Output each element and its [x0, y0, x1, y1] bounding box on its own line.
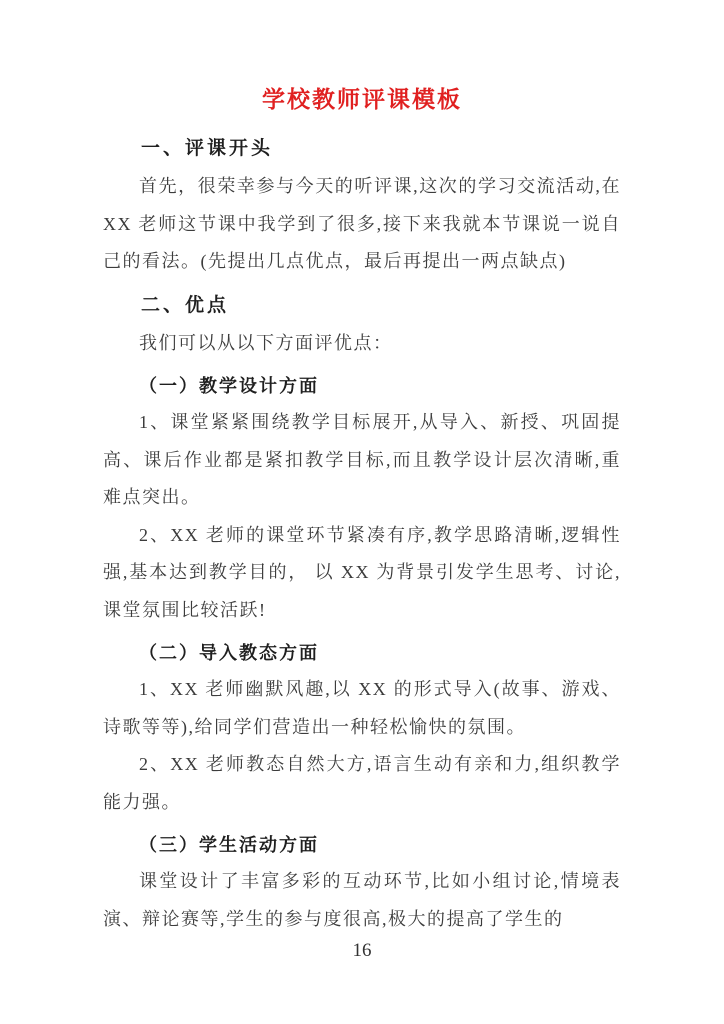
paragraph-teaching-design-2: 2、XX 老师的课堂环节紧凑有序,教学思路清晰,逻辑性强,基本达到教学目的， 以…: [103, 517, 621, 630]
section-heading-advantages: 二、优点: [103, 291, 621, 321]
paragraph-student-activity: 课堂设计了丰富多彩的互动环节,比如小组讨论,情境表演、辩论赛等,学生的参与度很高…: [103, 863, 621, 938]
paragraph-opening: 首先，很荣幸参与今天的听评课,这次的学习交流活动,在 XX 老师这节课中我学到了…: [103, 168, 621, 281]
sub-heading-intro-demeanor: （二）导入教态方面: [103, 637, 621, 669]
document-page: 学校教师评课模板 一、评课开头 首先，很荣幸参与今天的听评课,这次的学习交流活动…: [0, 0, 724, 1024]
paragraph-teaching-design-1: 1、课堂紧紧围绕教学目标展开,从导入、新授、巩固提高、课后作业都是紧扣教学目标,…: [103, 404, 621, 517]
doc-title: 学校教师评课模板: [103, 84, 621, 116]
page-number: 16: [0, 938, 724, 964]
paragraph-advantages-intro: 我们可以从以下方面评优点：: [103, 325, 621, 363]
section-heading-opening: 一、评课开头: [103, 134, 621, 164]
paragraph-intro-demeanor-2: 2、XX 老师教态自然大方,语言生动有亲和力,组织教学能力强。: [103, 746, 621, 821]
sub-heading-student-activity: （三）学生活动方面: [103, 829, 621, 861]
paragraph-intro-demeanor-1: 1、XX 老师幽默风趣,以 XX 的形式导入(故事、游戏、诗歌等等),给同学们营…: [103, 671, 621, 746]
sub-heading-teaching-design: （一）教学设计方面: [103, 370, 621, 402]
